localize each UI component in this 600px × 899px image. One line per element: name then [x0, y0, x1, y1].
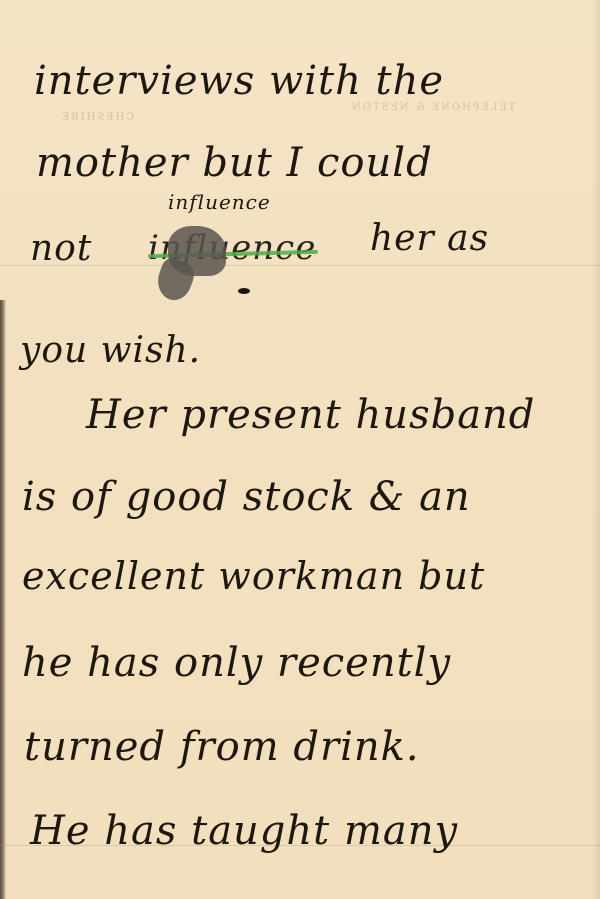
page-right-edge-shadow: [592, 0, 600, 899]
handwritten-line-4: you wish.: [20, 330, 201, 371]
handwritten-line-7: excellent workman but: [22, 554, 485, 598]
handwritten-line-8: he has only recently: [22, 640, 451, 686]
ink-dot: [238, 288, 250, 294]
handwritten-line-10: He has taught many: [30, 808, 458, 854]
insertion-above-line: influence: [168, 190, 271, 214]
page-left-edge-shadow: [0, 300, 6, 899]
handwritten-line-3-start: not: [30, 228, 92, 269]
letter-page: CHESHIRE TELEPHONE & NESTON interviews w…: [0, 0, 600, 899]
handwritten-line-3-end: her as: [370, 218, 489, 259]
handwritten-line-5: Her present husband: [86, 392, 535, 438]
handwritten-line-6: is of good stock & an: [22, 474, 471, 520]
letterhead-show-through-left: CHESHIRE: [60, 112, 134, 123]
handwritten-line-9: turned from drink.: [24, 724, 420, 770]
handwritten-line-2: mother but I could: [36, 140, 433, 186]
handwritten-line-1: interviews with the: [34, 58, 444, 104]
